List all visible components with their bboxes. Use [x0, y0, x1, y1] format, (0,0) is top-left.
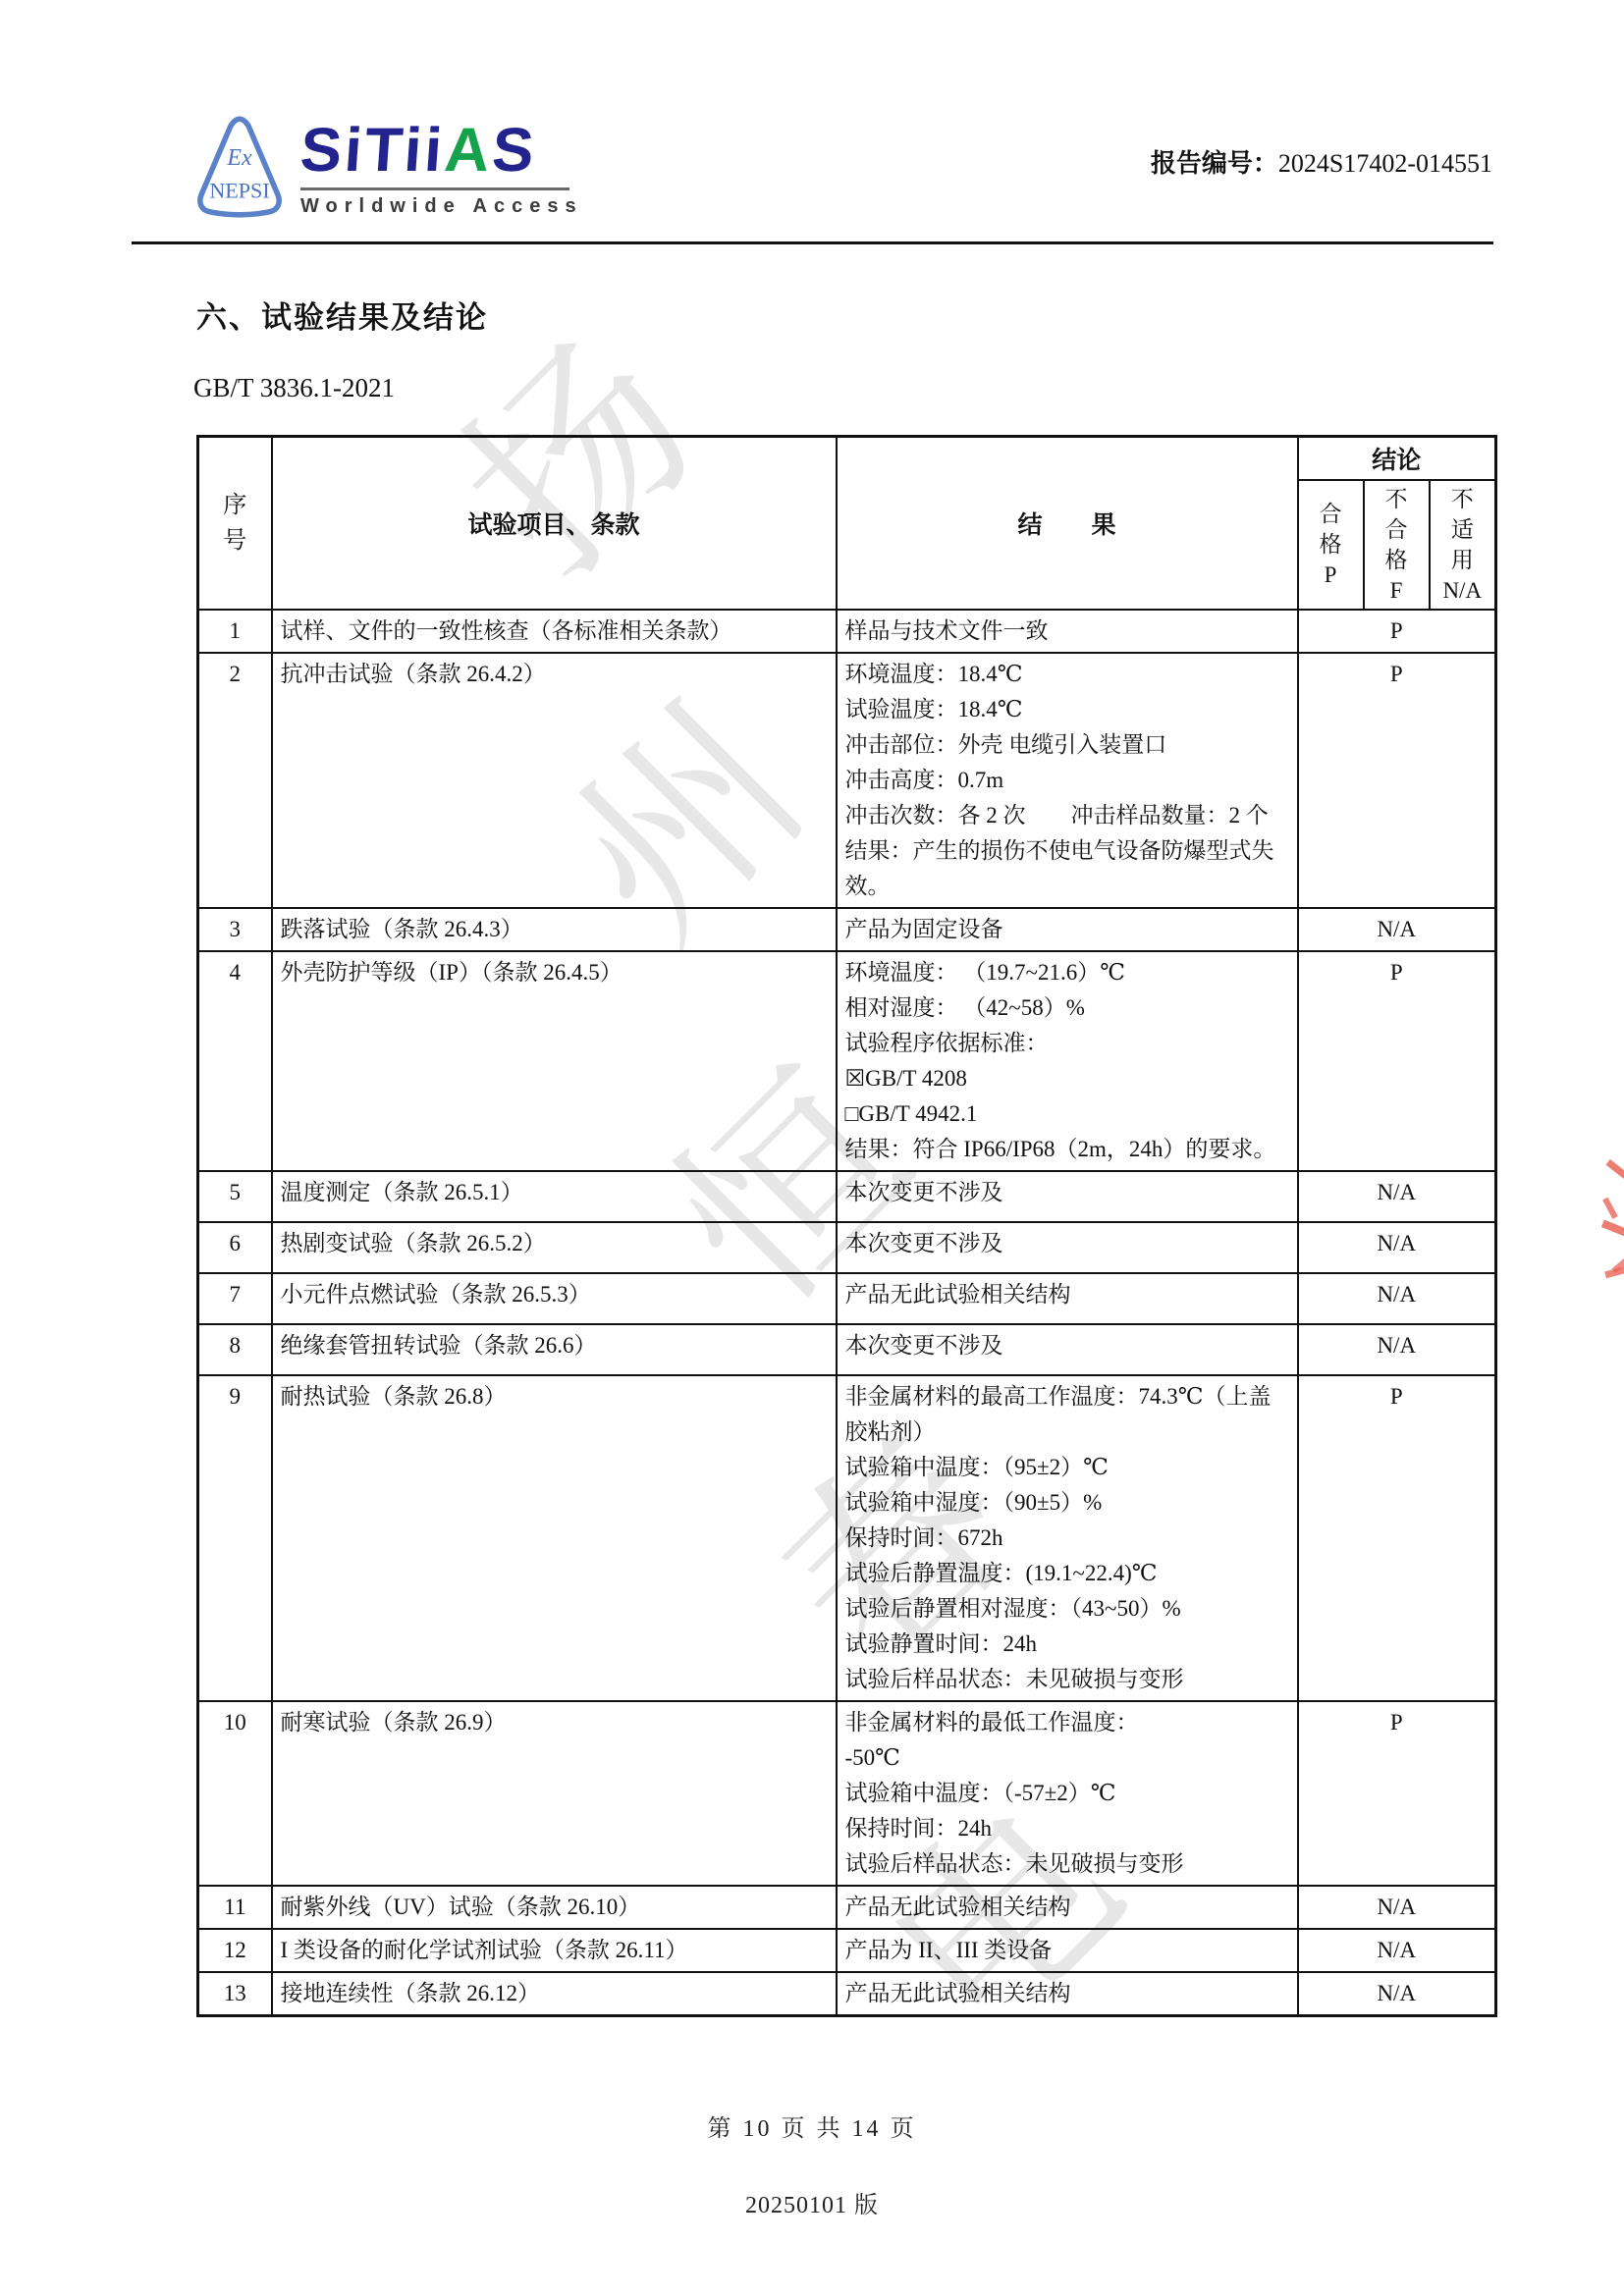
stamp-stroke [1603, 1242, 1624, 1273]
table-row: 5温度测定（条款 26.5.1）本次变更不涉及N/A [198, 1171, 1496, 1222]
conclusion-cell: N/A [1298, 1273, 1496, 1324]
test-item-cell: 绝缘套管扭转试验（条款 26.6） [272, 1324, 837, 1375]
table-row: 12I 类设备的耐化学试剂试验（条款 26.11）产品为 II、III 类设备N… [198, 1929, 1496, 1972]
result-cell: 环境温度：18.4℃ 试验温度：18.4℃ 冲击部位：外壳 电缆引入装置口 冲击… [837, 653, 1298, 908]
table-row: 10耐寒试验（条款 26.9）非金属材料的最低工作温度： -50℃ 试验箱中温度… [198, 1701, 1496, 1886]
version-label: 20250101 版 [0, 2185, 1624, 2219]
test-item-cell: 耐热试验（条款 26.8） [272, 1375, 837, 1701]
conclusion-cell: N/A [1298, 1222, 1496, 1273]
row-number-cell: 1 [198, 610, 272, 653]
column-header-fail: 不 合 格 F [1364, 480, 1430, 610]
conclusion-cell: N/A [1298, 1324, 1496, 1375]
result-cell: 环境温度： （19.7~21.6）℃ 相对湿度： （42~58）% 试验程序依据… [837, 951, 1298, 1171]
row-number-cell: 13 [198, 1972, 272, 2016]
column-header-no: 序 号 [198, 437, 272, 610]
row-number-cell: 2 [198, 653, 272, 908]
row-number-cell: 3 [198, 908, 272, 951]
conclusion-cell: P [1298, 653, 1496, 908]
result-cell: 产品为固定设备 [837, 908, 1298, 951]
badge-ex-text: Ex [226, 145, 252, 171]
wordmark-sitii: SiTii [298, 116, 448, 185]
conclusion-cell: P [1298, 951, 1496, 1171]
row-number-cell: 4 [198, 951, 272, 1171]
logo-tagline: Worldwide Access [300, 195, 583, 218]
row-number-cell: 5 [198, 1171, 272, 1222]
result-cell: 产品无此试验相关结构 [837, 1972, 1298, 2016]
result-cell: 本次变更不涉及 [837, 1324, 1298, 1375]
table-row: 8绝缘套管扭转试验（条款 26.6）本次变更不涉及N/A [198, 1324, 1496, 1375]
column-header-conclusion: 结论 [1298, 437, 1496, 480]
table-row: 3跌落试验（条款 26.4.3）产品为固定设备N/A [198, 908, 1496, 951]
test-item-cell: 外壳防护等级（IP）（条款 26.4.5） [272, 951, 837, 1171]
row-number-cell: 6 [198, 1222, 272, 1273]
conclusion-cell: P [1298, 1375, 1496, 1701]
stamp-stroke [1601, 1216, 1624, 1238]
result-cell: 非金属材料的最低工作温度： -50℃ 试验箱中温度：（-57±2）℃ 保持时间：… [837, 1701, 1298, 1886]
result-cell: 产品无此试验相关结构 [837, 1273, 1298, 1324]
table-row: 4外壳防护等级（IP）（条款 26.4.5）环境温度： （19.7~21.6）℃… [198, 951, 1496, 1171]
header-divider [132, 241, 1493, 244]
badge-nepsi-text: NEPSI [209, 178, 269, 202]
conclusion-cell: N/A [1298, 1886, 1496, 1929]
test-item-cell: 抗冲击试验（条款 26.4.2） [272, 653, 837, 908]
test-item-cell: 接地连续性（条款 26.12） [272, 1972, 837, 2016]
conclusion-cell: N/A [1298, 1929, 1496, 1972]
wordmark-a: A [442, 116, 494, 185]
results-table: 序 号 试验项目、条款 结 果 结论 合 格 P 不 合 格 F 不 适 用 N… [196, 435, 1497, 2017]
result-cell: 非金属材料的最高工作温度：74.3℃（上盖胶粘剂） 试验箱中温度：（95±2）℃… [837, 1375, 1298, 1701]
nepsi-ex-badge-icon: Ex NEPSI [194, 114, 285, 220]
stamp-stroke [1602, 1190, 1624, 1219]
report-number-label: 报告编号： [1151, 148, 1278, 178]
test-item-cell: 耐紫外线（UV）试验（条款 26.10） [272, 1886, 837, 1929]
logo: SiTiiAS Worldwide Access [300, 120, 583, 218]
test-item-cell: 耐寒试验（条款 26.9） [272, 1701, 837, 1886]
table-row: 13接地连续性（条款 26.12）产品无此试验相关结构N/A [198, 1972, 1496, 2016]
test-item-cell: 跌落试验（条款 26.4.3） [272, 908, 837, 951]
result-cell: 本次变更不涉及 [837, 1171, 1298, 1222]
test-item-cell: 温度测定（条款 26.5.1） [272, 1171, 837, 1222]
results-table-container: 序 号 试验项目、条款 结 果 结论 合 格 P 不 合 格 F 不 适 用 N… [196, 435, 1497, 2017]
conclusion-cell: P [1298, 610, 1496, 653]
test-item-cell: I 类设备的耐化学试剂试验（条款 26.11） [272, 1929, 837, 1972]
column-header-result: 结 果 [837, 437, 1298, 610]
result-cell: 样品与技术文件一致 [837, 610, 1298, 653]
sitiias-wordmark: SiTiiAS [298, 120, 585, 182]
test-item-cell: 热剧变试验（条款 26.5.2） [272, 1222, 837, 1273]
report-number-line: 报告编号：2024S17402-014551 [1151, 143, 1492, 180]
row-number-cell: 10 [198, 1701, 272, 1886]
row-number-cell: 7 [198, 1273, 272, 1324]
wordmark-s: S [490, 116, 539, 185]
conclusion-cell: N/A [1298, 1171, 1496, 1222]
result-cell: 产品为 II、III 类设备 [837, 1929, 1298, 1972]
result-cell: 本次变更不涉及 [837, 1222, 1298, 1273]
conclusion-cell: N/A [1298, 908, 1496, 951]
row-number-cell: 12 [198, 1929, 272, 1972]
table-header-row-1: 序 号 试验项目、条款 结 果 结论 [198, 437, 1496, 480]
row-number-cell: 9 [198, 1375, 272, 1701]
table-row: 2抗冲击试验（条款 26.4.2）环境温度：18.4℃ 试验温度：18.4℃ 冲… [198, 653, 1496, 908]
table-row: 1试样、文件的一致性核查（各标准相关条款）样品与技术文件一致P [198, 610, 1496, 653]
table-row: 7小元件点燃试验（条款 26.5.3）产品无此试验相关结构N/A [198, 1273, 1496, 1324]
result-cell: 产品无此试验相关结构 [837, 1886, 1298, 1929]
column-header-pass: 合 格 P [1298, 480, 1364, 610]
conclusion-cell: N/A [1298, 1972, 1496, 2016]
stamp-stroke [1604, 1159, 1624, 1183]
standard-reference: GB/T 3836.1-2021 [193, 373, 395, 403]
table-row: 6热剧变试验（条款 26.5.2）本次变更不涉及N/A [198, 1222, 1496, 1273]
document-page: 扬州恒春电 Ex NEPSI SiTiiAS Worldwide Access … [0, 0, 1624, 2296]
stamp-stroke [1604, 1265, 1624, 1281]
table-row: 11耐紫外线（UV）试验（条款 26.10）产品无此试验相关结构N/A [198, 1886, 1496, 1929]
row-number-cell: 8 [198, 1324, 272, 1375]
report-number-value: 2024S17402-014551 [1278, 149, 1492, 178]
column-header-item: 试验项目、条款 [272, 437, 837, 610]
row-number-cell: 11 [198, 1886, 272, 1929]
column-header-na: 不 适 用 N/A [1430, 480, 1496, 610]
conclusion-cell: P [1298, 1701, 1496, 1886]
section-title: 六、试验结果及结论 [196, 293, 488, 337]
logo-underline [300, 187, 569, 190]
table-row: 9耐热试验（条款 26.8）非金属材料的最高工作温度：74.3℃（上盖胶粘剂） … [198, 1375, 1496, 1701]
test-item-cell: 小元件点燃试验（条款 26.5.3） [272, 1273, 837, 1324]
results-table-body: 1试样、文件的一致性核查（各标准相关条款）样品与技术文件一致P2抗冲击试验（条款… [198, 610, 1496, 2016]
page-number: 第 10 页 共 14 页 [0, 2109, 1624, 2143]
test-item-cell: 试样、文件的一致性核查（各标准相关条款） [272, 610, 837, 653]
